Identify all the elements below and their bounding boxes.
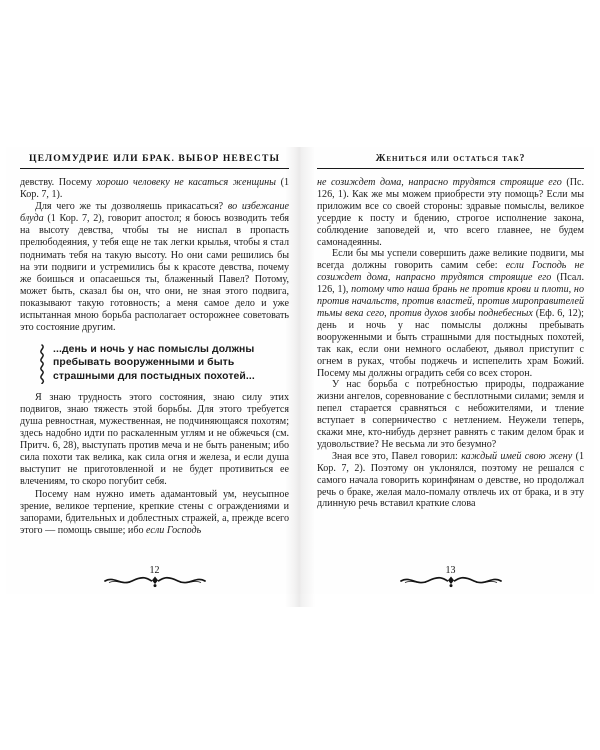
- running-head-left: ЦЕЛОМУДРИЕ ИЛИ БРАК. ВЫБОР НЕВЕСТЫ: [20, 153, 289, 169]
- italic-text-run: хорошо человеку не касаться женщины: [96, 177, 276, 188]
- footer-flourish-icon: [103, 575, 207, 588]
- page-body-right: не созиждет дома, напрасно трудятся стро…: [317, 177, 584, 510]
- page-right: Жениться или остаться так? не созиждет д…: [300, 147, 594, 594]
- text-run: девству. Посему: [20, 177, 96, 188]
- text-run: У нас борьба с потребностью природы, под…: [317, 379, 584, 450]
- book-spread: ЦЕЛОМУДРИЕ ИЛИ БРАК. ВЫБОР НЕВЕСТЫ девст…: [6, 147, 594, 594]
- footer-flourish-icon: [399, 575, 503, 588]
- text-run: Для чего же ты дозволяешь прикасаться?: [35, 201, 228, 212]
- body-paragraph: Зная все это, Павел говорил: каждый имей…: [317, 451, 584, 511]
- page-footer-right: 13: [317, 565, 584, 594]
- body-paragraph: Для чего же ты дозволяешь прикасаться? в…: [20, 201, 289, 334]
- body-paragraph: не созиждет дома, напрасно трудятся стро…: [317, 177, 584, 248]
- page-footer-left: 12: [20, 565, 289, 594]
- body-paragraph: Я знаю трудность этого состояния, знаю с…: [20, 392, 289, 489]
- scanned-book-spread: ЦЕЛОМУДРИЕ ИЛИ БРАК. ВЫБОР НЕВЕСТЫ девст…: [0, 0, 600, 750]
- body-paragraph: Посему нам нужно иметь адамантовый ум, н…: [20, 489, 289, 537]
- page-number-left: 12: [20, 565, 289, 576]
- running-head-right: Жениться или остаться так?: [317, 153, 584, 169]
- body-paragraph: У нас борьба с потребностью природы, под…: [317, 379, 584, 450]
- italic-text-run: каждый имей свою жену: [461, 451, 572, 462]
- page-number-right: 13: [317, 565, 584, 576]
- body-paragraph: Если бы мы успели совершить даже великие…: [317, 248, 584, 379]
- body-paragraph: девству. Посему хорошо человеку не касат…: [20, 177, 289, 201]
- italic-text-run: если Господь: [146, 525, 201, 536]
- text-run: (1 Кор. 7, 2), говорит апостол; я боюсь …: [20, 213, 289, 333]
- squiggle-ornament-icon: [38, 344, 46, 384]
- italic-text-run: не созиждет дома, напрасно трудятся стро…: [317, 177, 562, 188]
- text-run: Зная все это, Павел говорил:: [332, 451, 461, 462]
- text-run: ...день и ночь у нас помыслы должны преб…: [53, 344, 255, 381]
- page-left: ЦЕЛОМУДРИЕ ИЛИ БРАК. ВЫБОР НЕВЕСТЫ девст…: [6, 147, 300, 594]
- page-body-left: девству. Посему хорошо человеку не касат…: [20, 177, 289, 537]
- text-run: Я знаю трудность этого состояния, знаю с…: [20, 392, 289, 488]
- pull-quote-callout: ...день и ночь у нас помыслы должны преб…: [53, 343, 285, 383]
